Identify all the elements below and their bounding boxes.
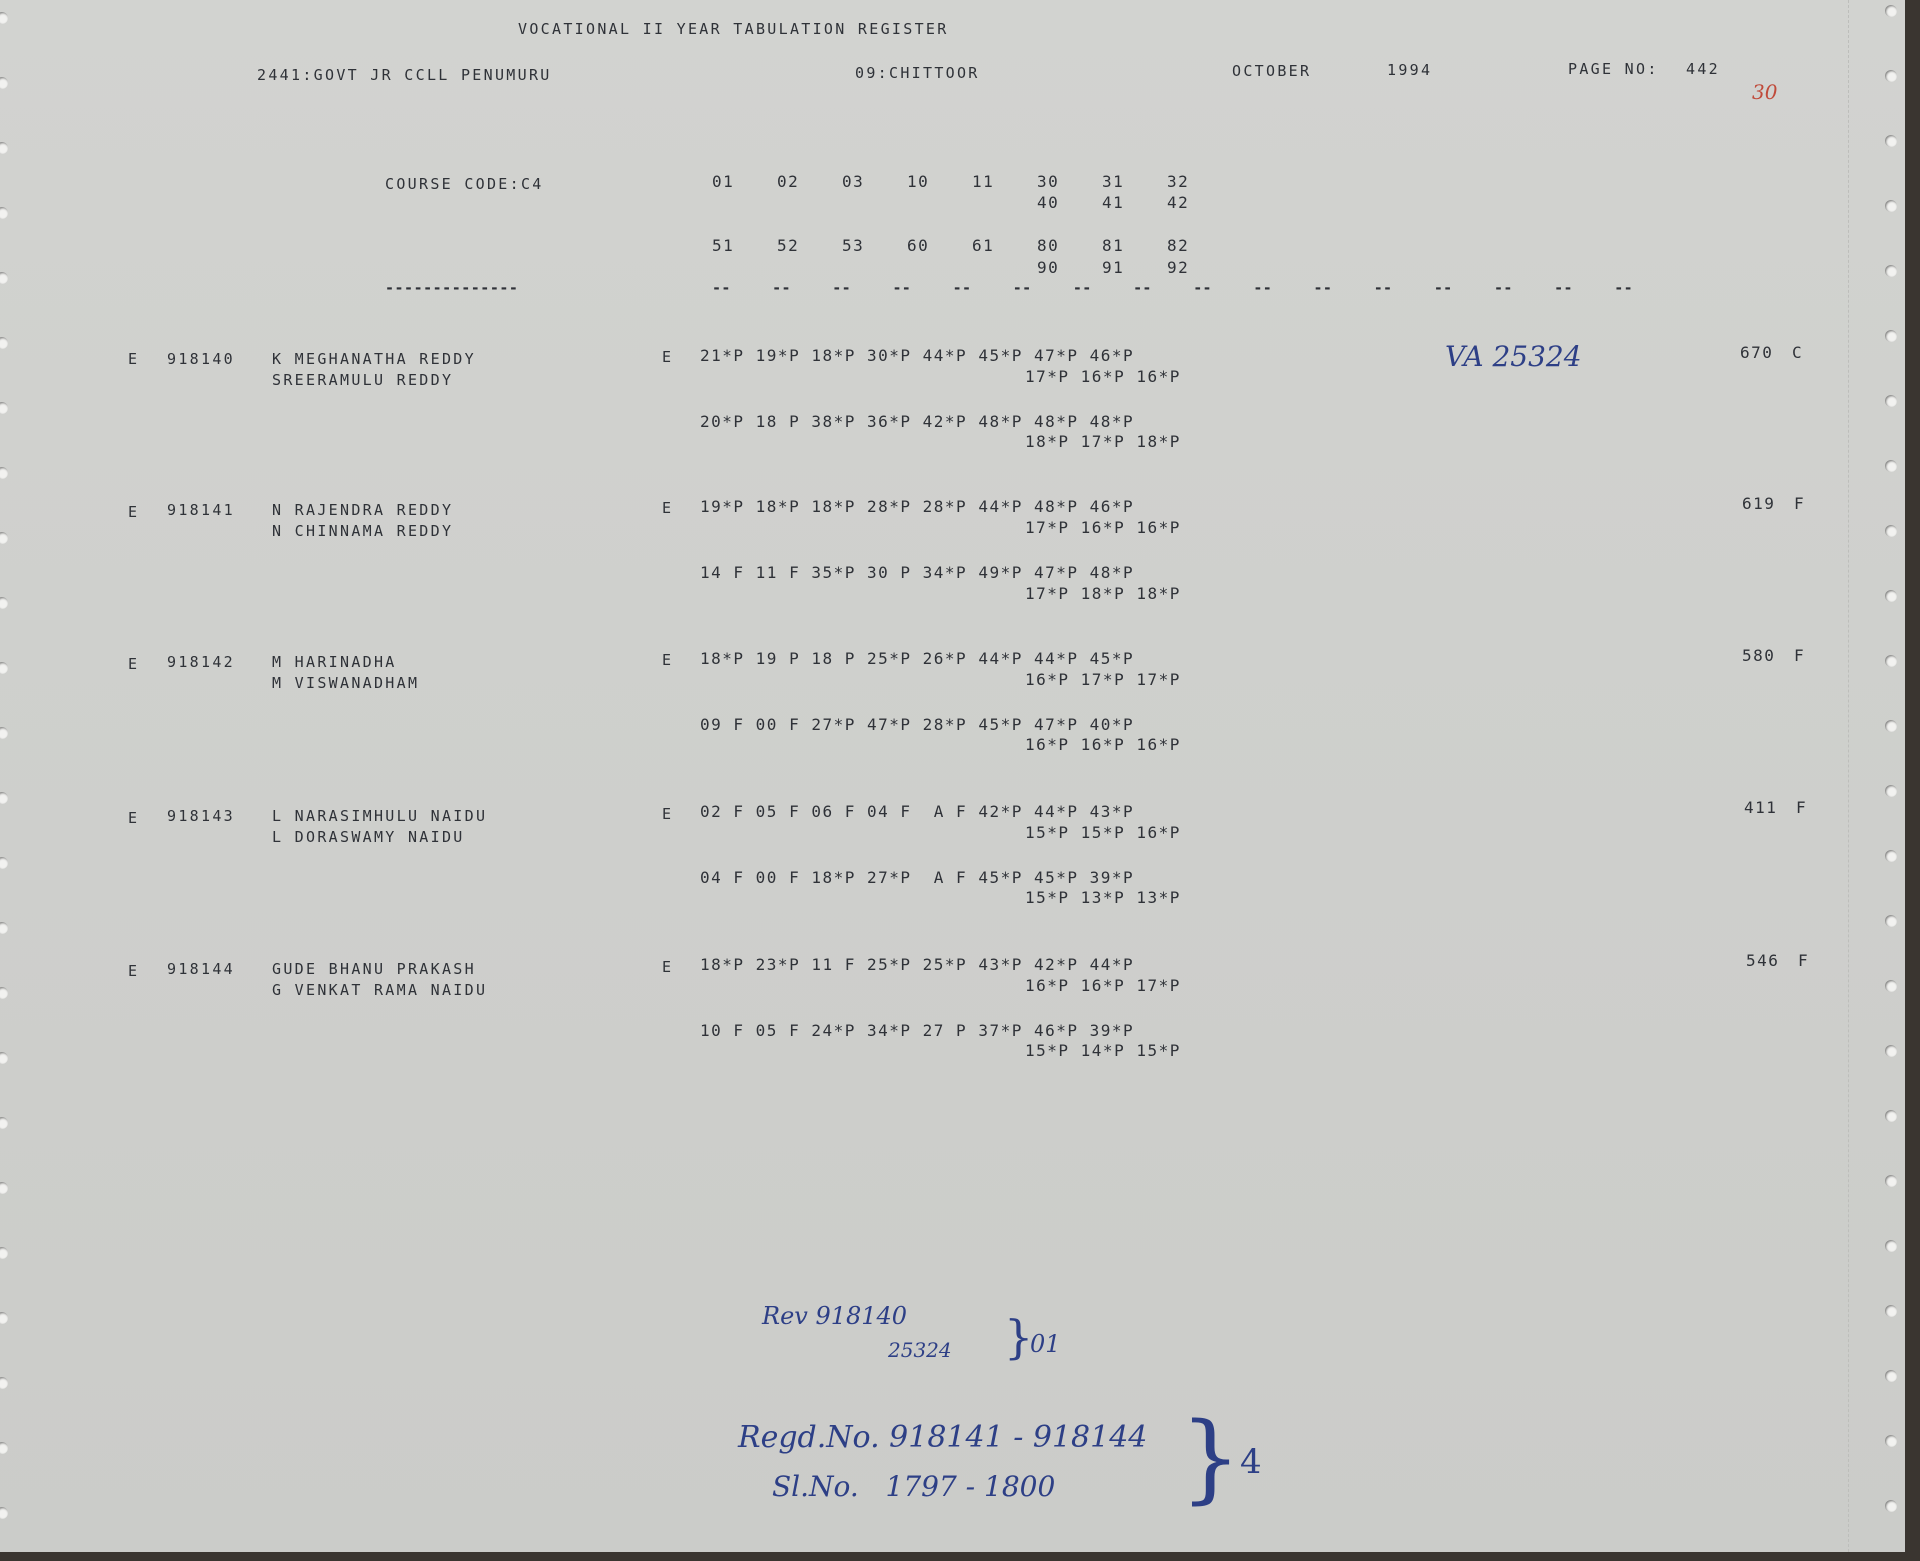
father-name: G VENKAT RAMA NAIDU	[272, 981, 487, 999]
marks-year1-sub: 17*P 16*P 16*P	[1025, 518, 1181, 537]
result-code: F	[1794, 494, 1805, 513]
result-code: F	[1798, 951, 1809, 970]
marks-year2-sub: 17*P 18*P 18*P	[1025, 584, 1181, 603]
marks-year1-sub: 17*P 16*P 16*P	[1025, 367, 1181, 386]
total-marks: 411	[1744, 798, 1777, 817]
total-marks: 670	[1740, 343, 1773, 362]
handwritten-annotation: VA 25324	[1445, 340, 1582, 373]
marks-year1-sub: 16*P 17*P 17*P	[1025, 670, 1181, 689]
register-number: 918143	[167, 807, 235, 825]
exam-year: 1994	[1387, 61, 1432, 79]
exam-month: OCTOBER	[1232, 62, 1311, 80]
student-name: N RAJENDRA REDDY	[272, 501, 453, 519]
student-name: L NARASIMHULU NAIDU	[272, 807, 487, 825]
district-name: 09:CHITTOOR	[855, 64, 980, 82]
tractor-feed-left	[0, 0, 22, 1552]
register-number: 918144	[167, 960, 235, 978]
subject-codes-row-1b: 40 41 42	[1037, 193, 1232, 212]
medium: E	[662, 348, 673, 366]
father-name: L DORASWAMY NAIDU	[272, 828, 465, 846]
marks-year1: 19*P 18*P 18*P 28*P 28*P 44*P 48*P 46*P	[700, 497, 1134, 516]
corner-handwritten-mark: 30	[1752, 80, 1777, 104]
separator-left: --------------	[385, 279, 518, 297]
marks-year1-sub: 16*P 16*P 17*P	[1025, 976, 1181, 995]
register-number: 918142	[167, 653, 235, 671]
register-number: 918141	[167, 501, 235, 519]
brace-icon: }	[1004, 1310, 1033, 1364]
marks-year2-sub: 15*P 14*P 15*P	[1025, 1041, 1181, 1060]
marks-year2-sub: 15*P 13*P 13*P	[1025, 888, 1181, 907]
marks-year2-sub: 16*P 16*P 16*P	[1025, 735, 1181, 754]
marks-year1: 21*P 19*P 18*P 30*P 44*P 45*P 47*P 46*P	[700, 346, 1134, 365]
marks-year2: 10 F 05 F 24*P 34*P 27 P 37*P 46*P 39*P	[700, 1021, 1134, 1040]
student-name: M HARINADHA	[272, 653, 397, 671]
page-label: PAGE NO:	[1568, 60, 1659, 78]
tractor-feed-right	[1860, 0, 1905, 1552]
college-name: 2441:GOVT JR CCLL PENUMURU	[257, 66, 552, 84]
marks-year1: 18*P 19 P 18 P 25*P 26*P 44*P 44*P 45*P	[700, 649, 1134, 668]
total-marks: 580	[1742, 646, 1775, 665]
tabulation-register-sheet: VOCATIONAL II YEAR TABULATION REGISTER 2…	[0, 0, 1905, 1552]
father-name: N CHINNAMA REDDY	[272, 522, 453, 540]
medium: E	[662, 651, 673, 669]
result-code: C	[1792, 343, 1803, 362]
marks-year2: 20*P 18 P 38*P 36*P 42*P 48*P 48*P 48*P	[700, 412, 1134, 431]
medium: E	[662, 499, 673, 517]
subject-codes-row-1: 01 02 03 10 11 30 31 32	[712, 172, 1232, 191]
student-name: K MEGHANATHA REDDY	[272, 350, 476, 368]
brace-icon: }	[1180, 1410, 1241, 1506]
subject-codes-row-2b: 90 91 92	[1037, 258, 1232, 277]
register-number: 918140	[167, 350, 235, 368]
student-name: GUDE BHANU PRAKASH	[272, 960, 476, 978]
marks-year2: 04 F 00 F 18*P 27*P A F 45*P 45*P 39*P	[700, 868, 1134, 887]
page-number: 442	[1686, 60, 1720, 78]
marks-year2-sub: 18*P 17*P 18*P	[1025, 432, 1181, 451]
medium: E	[662, 958, 673, 976]
marks-year1: 18*P 23*P 11 F 25*P 25*P 43*P 42*P 44*P	[700, 955, 1134, 974]
marks-year1-sub: 15*P 15*P 16*P	[1025, 823, 1181, 842]
medium: E	[662, 805, 673, 823]
separator-columns: -- -- -- -- -- -- -- -- -- -- -- -- -- -…	[712, 279, 1633, 297]
result-code: F	[1796, 798, 1807, 817]
marks-year2: 09 F 00 F 27*P 47*P 28*P 45*P 47*P 40*P	[700, 715, 1134, 734]
subject-codes-row-2: 51 52 53 60 61 80 81 82	[712, 236, 1232, 255]
result-code: F	[1794, 646, 1805, 665]
course-code-label: COURSE CODE:C4	[385, 175, 544, 193]
marks-year2: 14 F 11 F 35*P 30 P 34*P 49*P 47*P 48*P	[700, 563, 1134, 582]
register-title: VOCATIONAL II YEAR TABULATION REGISTER	[518, 20, 949, 38]
total-marks: 546	[1746, 951, 1779, 970]
perforation-line	[1848, 0, 1849, 1552]
marks-year1: 02 F 05 F 06 F 04 F A F 42*P 44*P 43*P	[700, 802, 1134, 821]
total-marks: 619	[1742, 494, 1775, 513]
father-name: M VISWANADHAM	[272, 674, 419, 692]
father-name: SREERAMULU REDDY	[272, 371, 453, 389]
